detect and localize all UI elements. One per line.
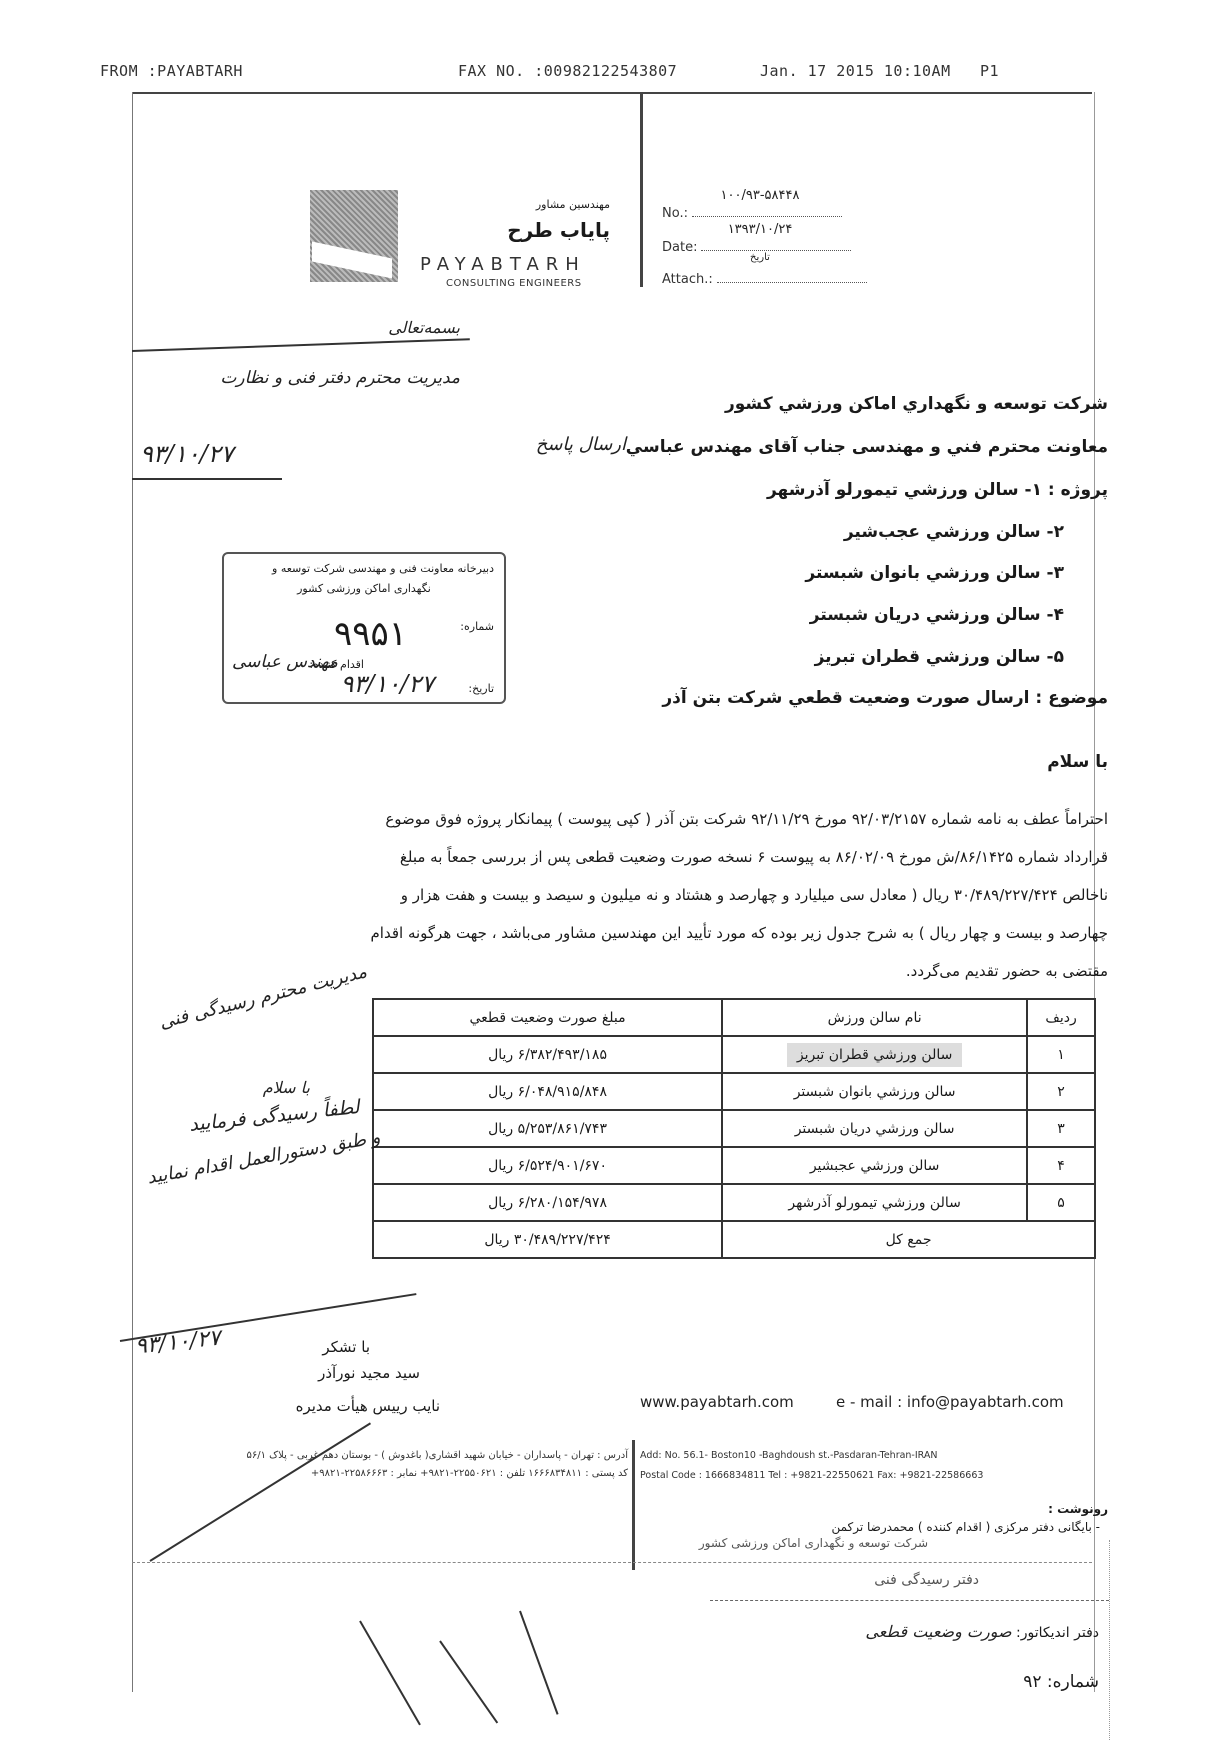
stamp-date: ۹۳/۱۰/۲۷ [234,670,434,698]
header-divider [640,92,643,287]
registry-number-label: شماره: [1047,1672,1099,1692]
table-row: ۱ سالن ورزشي قطران تبريز ۶/۳۸۲/۴۹۳/۱۸۵ ر… [373,1036,1095,1073]
frame-left-line [132,92,133,1692]
body-line-1: احتراماً عطف به نامه شماره ۹۲/۰۳/۲۱۵۷ مو… [208,800,1108,838]
registry-number-value: ۹۲ [1023,1672,1041,1692]
project-item-3: ۳- سالن ورزشي بانوان شبستر [805,563,1064,583]
registry-stamp: دبیرخانه معاونت فنی و مهندسی شرکت توسعه … [222,552,506,704]
signatory-title: نايب رييس هیأت مديره [260,1397,440,1415]
table-total-row: جمع كل ۳۰/۴۸۹/۲۲۷/۴۲۴ ريال [373,1221,1095,1258]
cell-index: ۴ [1027,1147,1095,1184]
frame-top-line [132,92,1092,94]
col-header-amount: مبلغ صورت وضعيت قطعي [373,999,722,1036]
body-line-2: قرارداد شماره ۸۶/۱۴۲۵/ش مورخ ۸۶/۰۲/۰۹ به… [208,838,1108,876]
handwritten-basmala: بسمه‌تعالی [290,318,460,337]
col-header-name: نام سالن ورزش [722,999,1027,1036]
footer-contact-en: Postal Code : 1666834811 Tel : +9821-225… [640,1470,983,1481]
cell-amount: ۶/۲۸۰/۱۵۴/۹۷۸ ريال [373,1184,722,1221]
cc-label: رونوشت : [1048,1502,1108,1516]
company-type-fa: مهندسین مشاور [420,198,610,211]
subject-line: موضوع : ارسال صورت وضعيت قطعي شركت بتن آ… [662,688,1108,708]
body-line-4: چهارصد و بیست و چهار ریال ) به شرح جدول … [208,914,1108,952]
registry-box: دفتر رسیدگی فنی دفتر اندیکاتور: صورت وضع… [710,1540,1110,1740]
cell-index: ۱ [1027,1036,1095,1073]
project-item-4: ۴- سالن ورزشي دريان شبستر [810,605,1064,625]
letter-date-label: Date: [662,240,697,255]
col-header-index: ردیف [1027,999,1095,1036]
cell-name: سالن ورزشي قطران تبريز [722,1036,1027,1073]
cc-line-1: - بایگانی دفتر مرکزی ( اقدام کننده ) محم… [831,1520,1100,1534]
greeting: با سلام [1047,752,1108,772]
cell-amount: ۵/۲۵۳/۸۶۱/۷۴۳ ريال [373,1110,722,1147]
handwritten-note-2: با سلام [200,1078,310,1097]
letter-date-value: ۱۳۹۳/۱۰/۲۴ [700,222,820,237]
signature-thanks: با تشکر [280,1338,370,1356]
stamp-handler: مهندس عباسی [232,652,338,672]
letter-attach-label: Attach.: [662,272,713,287]
fax-page: P1 [980,62,999,80]
stamp-number: ۹۹۵۱ [334,614,407,654]
footer-contact-fa: کد پستی : ۱۶۶۶۸۳۴۸۱۱ تلفن : ۲۲۵۵۰۶۲۱-۹۸۲… [311,1468,628,1479]
total-amount: ۳۰/۴۸۹/۲۲۷/۴۲۴ ريال [373,1221,722,1258]
cell-amount: ۶/۰۴۸/۹۱۵/۸۴۸ ريال [373,1073,722,1110]
project-item-2: ۲- سالن ورزشي عجب‌شير [844,522,1064,542]
fax-header: FROM :PAYABTARH FAX NO. :00982122543807 … [100,62,1110,84]
company-subtitle: CONSULTING ENGINEERS [446,278,582,289]
company-name-en: PAYABTARH [420,254,586,275]
stamp-line-2: نگهداری اماکن ورزشی کشور [234,582,494,595]
handwritten-annotation: ارسال پاسخ [486,434,626,455]
recipient-title: معاونت محترم فني و مهندسی جناب آقای مهند… [626,437,1108,457]
footer-divider [632,1440,635,1570]
handwritten-referral: مدیریت محترم دفتر فنی و نظارت [190,368,460,388]
cell-index: ۳ [1027,1110,1095,1147]
fax-datetime: Jan. 17 2015 10:10AM [760,62,951,80]
cell-name: سالن ورزشي دريان شبستر [722,1110,1027,1147]
footer-email[interactable]: e - mail : info@payabtarh.com [836,1393,1064,1411]
fax-from: FROM :PAYABTARH [100,62,243,80]
table-row: ۳ سالن ورزشي دريان شبستر ۵/۲۵۳/۸۶۱/۷۴۳ ر… [373,1110,1095,1147]
registry-indicator-value: صورت وضعیت قطعی [865,1622,1011,1641]
registry-divider [710,1600,1109,1601]
registry-dept: دفتر رسیدگی فنی [874,1572,979,1588]
project-line-1: پروژه : ۱- سالن ورزشي تيمورلو آذرشهر [767,480,1108,500]
recipient-org: شرکت توسعه و نگهداري اماكن ورزشي كشور [725,394,1108,414]
project-label: پروژه : [1048,480,1108,500]
company-name-fa: پایاب طرح [420,218,610,242]
table-row: ۴ سالن ورزشي عجبشير ۶/۵۲۴/۹۰۱/۶۷۰ ريال [373,1147,1095,1184]
handwritten-date-underline [132,478,282,480]
footer-website[interactable]: www.payabtarh.com [640,1393,794,1411]
cell-amount: ۶/۵۲۴/۹۰۱/۶۷۰ ريال [373,1147,722,1184]
body-line-3: ناخالص ۳۰/۴۸۹/۲۲۷/۴۲۴ ریال ( معادل سی می… [208,876,1108,914]
handwriting-stroke-3 [359,1621,421,1726]
handwriting-stroke-4 [439,1640,498,1723]
table-row: ۵ سالن ورزشي تيمورلو آذرشهر ۶/۲۸۰/۱۵۴/۹۷… [373,1184,1095,1221]
highlighted-name: سالن ورزشي قطران تبريز [787,1043,963,1067]
total-label: جمع كل [722,1221,1095,1258]
letter-number-label: No.: [662,206,688,221]
registry-indicator: دفتر اندیکاتور: صورت وضعیت قطعی [865,1622,1099,1641]
handwriting-stroke-5 [519,1611,559,1715]
handwritten-date: ۹۳/۱۰/۲۷ [140,440,234,468]
registry-indicator-label: دفتر اندیکاتور: [1016,1625,1099,1641]
cell-index: ۵ [1027,1184,1095,1221]
settlement-table: ردیف نام سالن ورزش مبلغ صورت وضعيت قطعي … [372,998,1096,1259]
cell-name: سالن ورزشي عجبشير [722,1147,1027,1184]
cell-name: سالن ورزشي بانوان شبستر [722,1073,1027,1110]
registry-number: شماره: ۹۲ [1023,1672,1099,1692]
signature-stroke-1 [120,1293,417,1342]
signature-stroke-2 [149,1422,371,1561]
cell-index: ۲ [1027,1073,1095,1110]
table-row: ۲ سالن ورزشي بانوان شبستر ۶/۰۴۸/۹۱۵/۸۴۸ … [373,1073,1095,1110]
body-paragraph: احتراماً عطف به نامه شماره ۹۲/۰۳/۲۱۵۷ مو… [208,800,1108,990]
stamp-line-1: دبیرخانه معاونت فنی و مهندسی شرکت توسعه … [234,562,494,575]
fax-number: FAX NO. :00982122543807 [458,62,677,80]
letter-number-value: ۱۰۰/۹۳-۵۸۴۴۸ [700,188,820,203]
footer-address-en: Add: No. 56.1- Boston10 -Baghdoush st.-P… [640,1450,938,1461]
handwritten-underline [132,338,470,352]
letter-date-fa-label: تاریخ [700,252,820,263]
letter-number-field: No.: [662,206,842,221]
table-header-row: ردیف نام سالن ورزش مبلغ صورت وضعيت قطعي [373,999,1095,1036]
signatory-name: سید مجید نورآذر [260,1364,420,1382]
project-item-1: ۱- سالن ورزشي تيمورلو آذرشهر [767,480,1042,500]
cell-amount: ۶/۳۸۲/۴۹۳/۱۸۵ ريال [373,1036,722,1073]
letter-attach-field: Attach.: [662,272,867,287]
cell-name: سالن ورزشي تيمورلو آذرشهر [722,1184,1027,1221]
footer-address-fa: آدرس : تهران - پاسداران - خیابان شهید اق… [246,1450,628,1461]
project-item-5: ۵- سالن ورزشي قطران تبريز [815,647,1064,667]
